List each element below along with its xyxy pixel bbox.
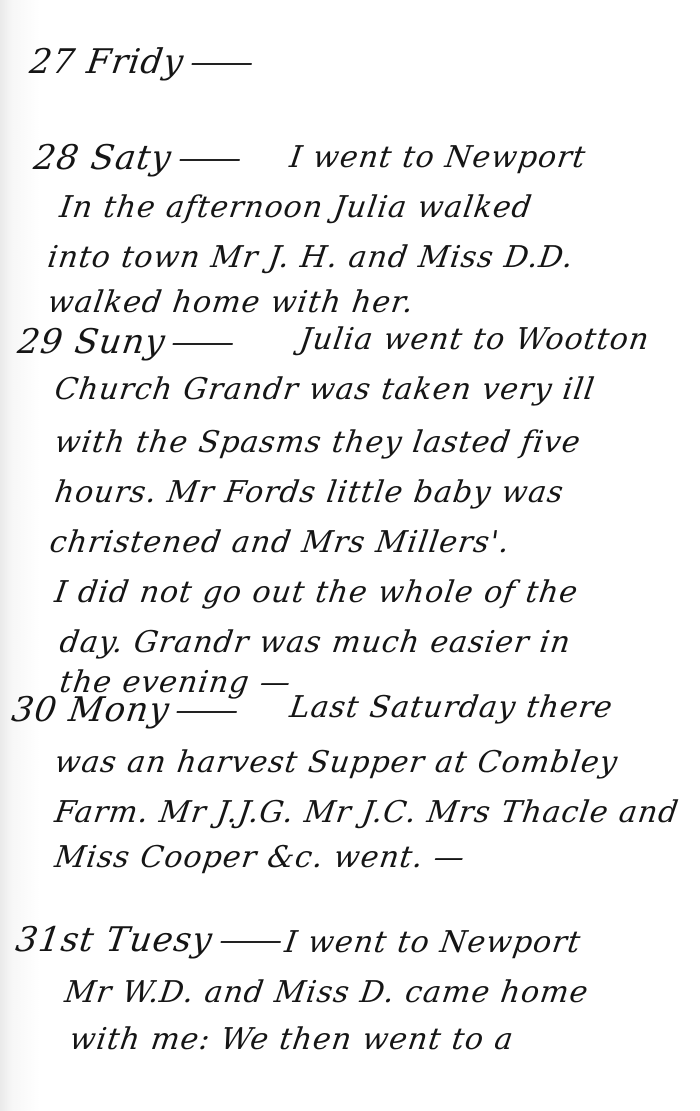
diary-page: 27 Fridy 28 Saty I went to Newport In th… — [0, 0, 700, 1111]
entry-date-28: 28 Saty — [31, 138, 250, 178]
entry-line: Miss Cooper &c. went. — — [53, 840, 468, 875]
entry-line: hours. Mr Fords little baby was — [53, 475, 567, 510]
date-label: 27 Fridy — [27, 42, 186, 82]
date-label: 31st Tuesy — [13, 920, 215, 960]
entry-line: christened and Mrs Millers'. — [48, 525, 513, 560]
entry-date-29: 29 Suny — [15, 322, 244, 362]
entry-date-30: 30 Mony — [9, 690, 248, 730]
entry-date-27: 27 Fridy — [27, 42, 262, 82]
entry-line: into town Mr J. H. and Miss D.D. — [46, 240, 576, 275]
entry-date-31: 31st Tuesy — [13, 920, 291, 960]
entry-line: I went to Newport — [288, 140, 589, 175]
dash-divider — [177, 711, 237, 713]
dash-divider — [220, 941, 280, 943]
entry-line: Julia went to Wootton — [298, 322, 652, 357]
entry-line: Mr W.D. and Miss D. came home — [63, 975, 591, 1010]
entry-line: I went to Newport — [283, 925, 584, 960]
date-label: 29 Suny — [15, 322, 168, 362]
entry-line: In the afternoon Julia walked — [58, 190, 535, 225]
entry-line: Church Grandr was taken very ill — [53, 372, 598, 407]
entry-line: I did not go out the whole of the — [53, 575, 581, 610]
entry-line: with me: We then went to a — [68, 1022, 517, 1057]
entry-line: day. Grandr was much easier in — [58, 625, 574, 660]
dash-divider — [191, 63, 251, 65]
entry-line: walked home with her. — [46, 285, 417, 320]
dash-divider — [179, 159, 239, 161]
entry-line: Last Saturday there — [288, 690, 616, 725]
entry-line: was an harvest Supper at Combley — [53, 745, 621, 780]
date-label: 30 Mony — [9, 690, 172, 730]
dash-divider — [173, 343, 233, 345]
entry-line: with the Spasms they lasted five — [53, 425, 584, 460]
entry-line: Farm. Mr J.J.G. Mr J.C. Mrs Thacle and — [53, 795, 682, 830]
date-label: 28 Saty — [31, 138, 174, 178]
